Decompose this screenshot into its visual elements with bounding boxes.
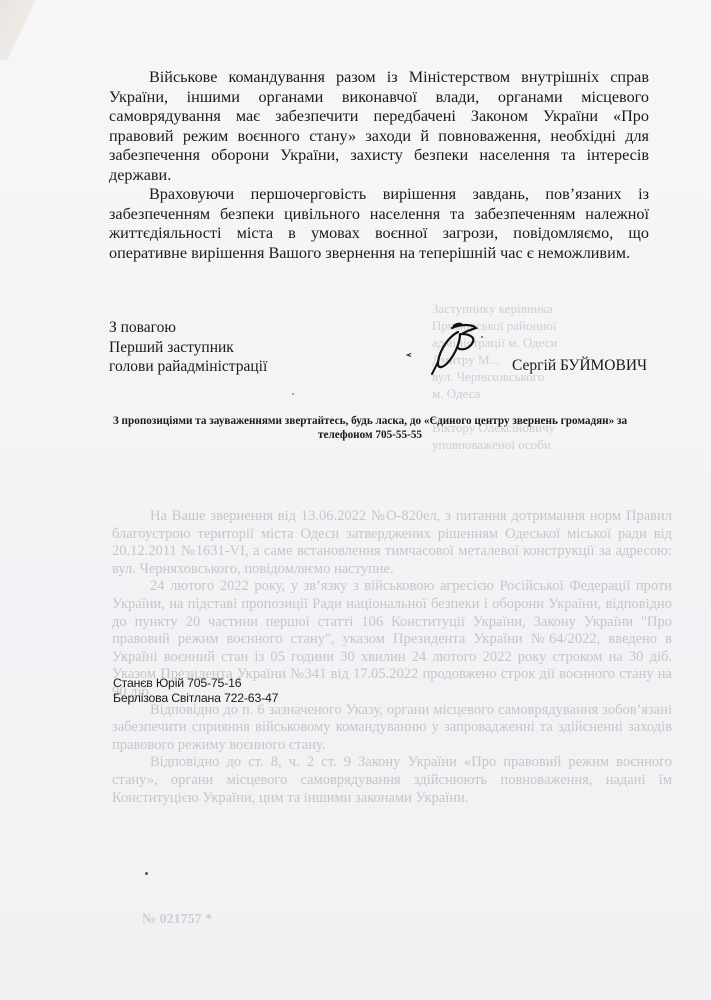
- signer-position-line2: голови райадміністрації: [109, 357, 267, 377]
- signature-icon: [430, 318, 500, 378]
- executor-contacts: Станєв Юрій 705-75-16 Берлізова Світлана…: [113, 676, 278, 706]
- letter-body: Військове командування разом із Міністер…: [109, 68, 649, 263]
- feedback-notice: З пропозиціями та зауваженнями звертайте…: [109, 414, 631, 442]
- scan-fold-edge: [0, 0, 60, 60]
- document-page: Заступнику керівника Приморської районно…: [0, 0, 711, 1000]
- ghost-body-text: На Ваше звернення від 13.06.2022 №О-820е…: [112, 508, 672, 807]
- ghost-registration-number: № 021757 *: [142, 912, 212, 928]
- signer-name: Сергій БУЙМОВИЧ: [512, 357, 647, 375]
- ghost-address-line: Заступнику керівника: [432, 300, 682, 317]
- paragraph-military-command: Військове командування разом із Міністер…: [109, 68, 649, 185]
- notice-line2: телефоном 705-55-55: [109, 428, 631, 442]
- ghost-paragraph: Відповідно до п. 6 зазначеного Указу, ор…: [112, 702, 672, 755]
- signer-position-line1: Перший заступник: [109, 338, 267, 358]
- scan-speck: [292, 393, 294, 395]
- contact-line: Берлізова Світлана 722-63-47: [113, 691, 278, 706]
- closing-greeting: З повагою: [109, 318, 267, 338]
- ghost-paragraph: Відповідно до ст. 8, ч. 2 ст. 9 Закону У…: [112, 754, 672, 807]
- ghost-address-line: м. Одеса: [432, 385, 682, 402]
- pen-mark-icon: [406, 353, 412, 357]
- closing-block: З повагою Перший заступник голови райадм…: [109, 318, 267, 377]
- scan-speck: [145, 872, 148, 875]
- notice-line1: З пропозиціями та зауваженнями звертайте…: [109, 414, 631, 428]
- paragraph-response: Враховуючи першочерговість вирішення зав…: [109, 185, 649, 263]
- contact-line: Станєв Юрій 705-75-16: [113, 676, 278, 691]
- ghost-paragraph: На Ваше звернення від 13.06.2022 №О-820е…: [112, 508, 672, 578]
